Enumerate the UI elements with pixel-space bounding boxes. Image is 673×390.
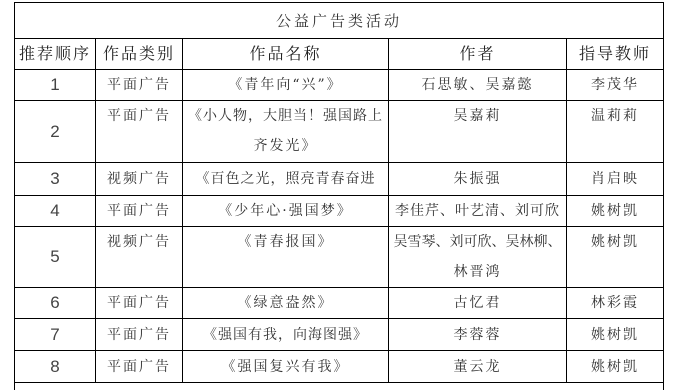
rank-cell: 4 <box>15 196 96 227</box>
work-cell: 《百色之光，照亮青春奋进 <box>183 163 389 196</box>
work-line-2: 齐发光》 <box>183 131 388 161</box>
teacher-cell: 李茂华 <box>567 70 664 101</box>
work-line-1: 《小人物，大胆当！强国路上 <box>183 101 388 131</box>
work-cell: 《绿意盎然》 <box>183 288 389 319</box>
author-cell: 吴嘉莉 <box>389 101 567 163</box>
header-category: 作品类别 <box>96 39 183 70</box>
teacher-cell: 姚树凯 <box>567 351 664 383</box>
category-cell: 平面广告 <box>96 70 183 101</box>
header-author: 作者 <box>389 39 567 70</box>
category-cell: 视频广告 <box>96 163 183 196</box>
author-cell: 董云龙 <box>389 351 567 383</box>
author-cell: 石思敏、吴嘉懿 <box>389 70 567 101</box>
table-row: 4 平面广告 《少年心·强国梦》 李佳芹、叶艺清、刘可欣 姚树凯 <box>15 196 664 227</box>
category-cell: 平面广告 <box>96 319 183 351</box>
category-cell: 平面广告 <box>96 351 183 383</box>
author-cell: 朱振强 <box>389 163 567 196</box>
teacher-cell: 肖启映 <box>567 163 664 196</box>
author-line-1: 吴雪琴、刘可欣、吴林柳、 <box>389 227 566 257</box>
next-section-cell <box>15 383 664 390</box>
table-row: 8 平面广告 《强国复兴有我》 董云龙 姚树凯 <box>15 351 664 383</box>
category-cell: 平面广告 <box>96 101 183 163</box>
work-cell: 《强国有我，向海图强》 <box>183 319 389 351</box>
category-cell: 平面广告 <box>96 196 183 227</box>
work-cell: 《强国复兴有我》 <box>183 351 389 383</box>
teacher-cell: 姚树凯 <box>567 196 664 227</box>
table-row: 5 视频广告 《青春报国》 吴雪琴、刘可欣、吴林柳、 林晋鸿 姚树凯 <box>15 227 664 288</box>
teacher-cell: 姚树凯 <box>567 319 664 351</box>
teacher-cell: 温莉莉 <box>567 101 664 163</box>
author-cell: 吴雪琴、刘可欣、吴林柳、 林晋鸿 <box>389 227 567 288</box>
category-cell: 平面广告 <box>96 288 183 319</box>
category-cell: 视频广告 <box>96 227 183 288</box>
author-cell: 古忆君 <box>389 288 567 319</box>
work-cell: 《青春报国》 <box>183 227 389 288</box>
award-table: 公益广告类活动 推荐顺序 作品类别 作品名称 作者 指导教师 1 平面广告 《青… <box>14 2 664 390</box>
table-row: 7 平面广告 《强国有我，向海图强》 李蓉蓉 姚树凯 <box>15 319 664 351</box>
table-title: 公益广告类活动 <box>15 3 664 39</box>
header-teacher: 指导教师 <box>567 39 664 70</box>
work-cell: 《小人物，大胆当！强国路上 齐发光》 <box>183 101 389 163</box>
rank-cell: 2 <box>15 101 96 163</box>
rank-cell: 5 <box>15 227 96 288</box>
teacher-cell: 林彩霞 <box>567 288 664 319</box>
author-cell: 李佳芹、叶艺清、刘可欣 <box>389 196 567 227</box>
work-cell: 《青年向“兴”》 <box>183 70 389 101</box>
table-row: 2 平面广告 《小人物，大胆当！强国路上 齐发光》 吴嘉莉 温莉莉 <box>15 101 664 163</box>
table-row: 6 平面广告 《绿意盎然》 古忆君 林彩霞 <box>15 288 664 319</box>
table-row: 1 平面广告 《青年向“兴”》 石思敏、吴嘉懿 李茂华 <box>15 70 664 101</box>
table-row-partial <box>15 383 664 390</box>
rank-cell: 6 <box>15 288 96 319</box>
teacher-cell: 姚树凯 <box>567 227 664 288</box>
header-rank: 推荐顺序 <box>15 39 96 70</box>
rank-cell: 7 <box>15 319 96 351</box>
work-cell: 《少年心·强国梦》 <box>183 196 389 227</box>
header-work: 作品名称 <box>183 39 389 70</box>
table-row: 3 视频广告 《百色之光，照亮青春奋进 朱振强 肖启映 <box>15 163 664 196</box>
author-cell: 李蓉蓉 <box>389 319 567 351</box>
header-row: 推荐顺序 作品类别 作品名称 作者 指导教师 <box>15 39 664 70</box>
rank-cell: 1 <box>15 70 96 101</box>
rank-cell: 8 <box>15 351 96 383</box>
author-line-2: 林晋鸿 <box>389 257 566 287</box>
rank-cell: 3 <box>15 163 96 196</box>
